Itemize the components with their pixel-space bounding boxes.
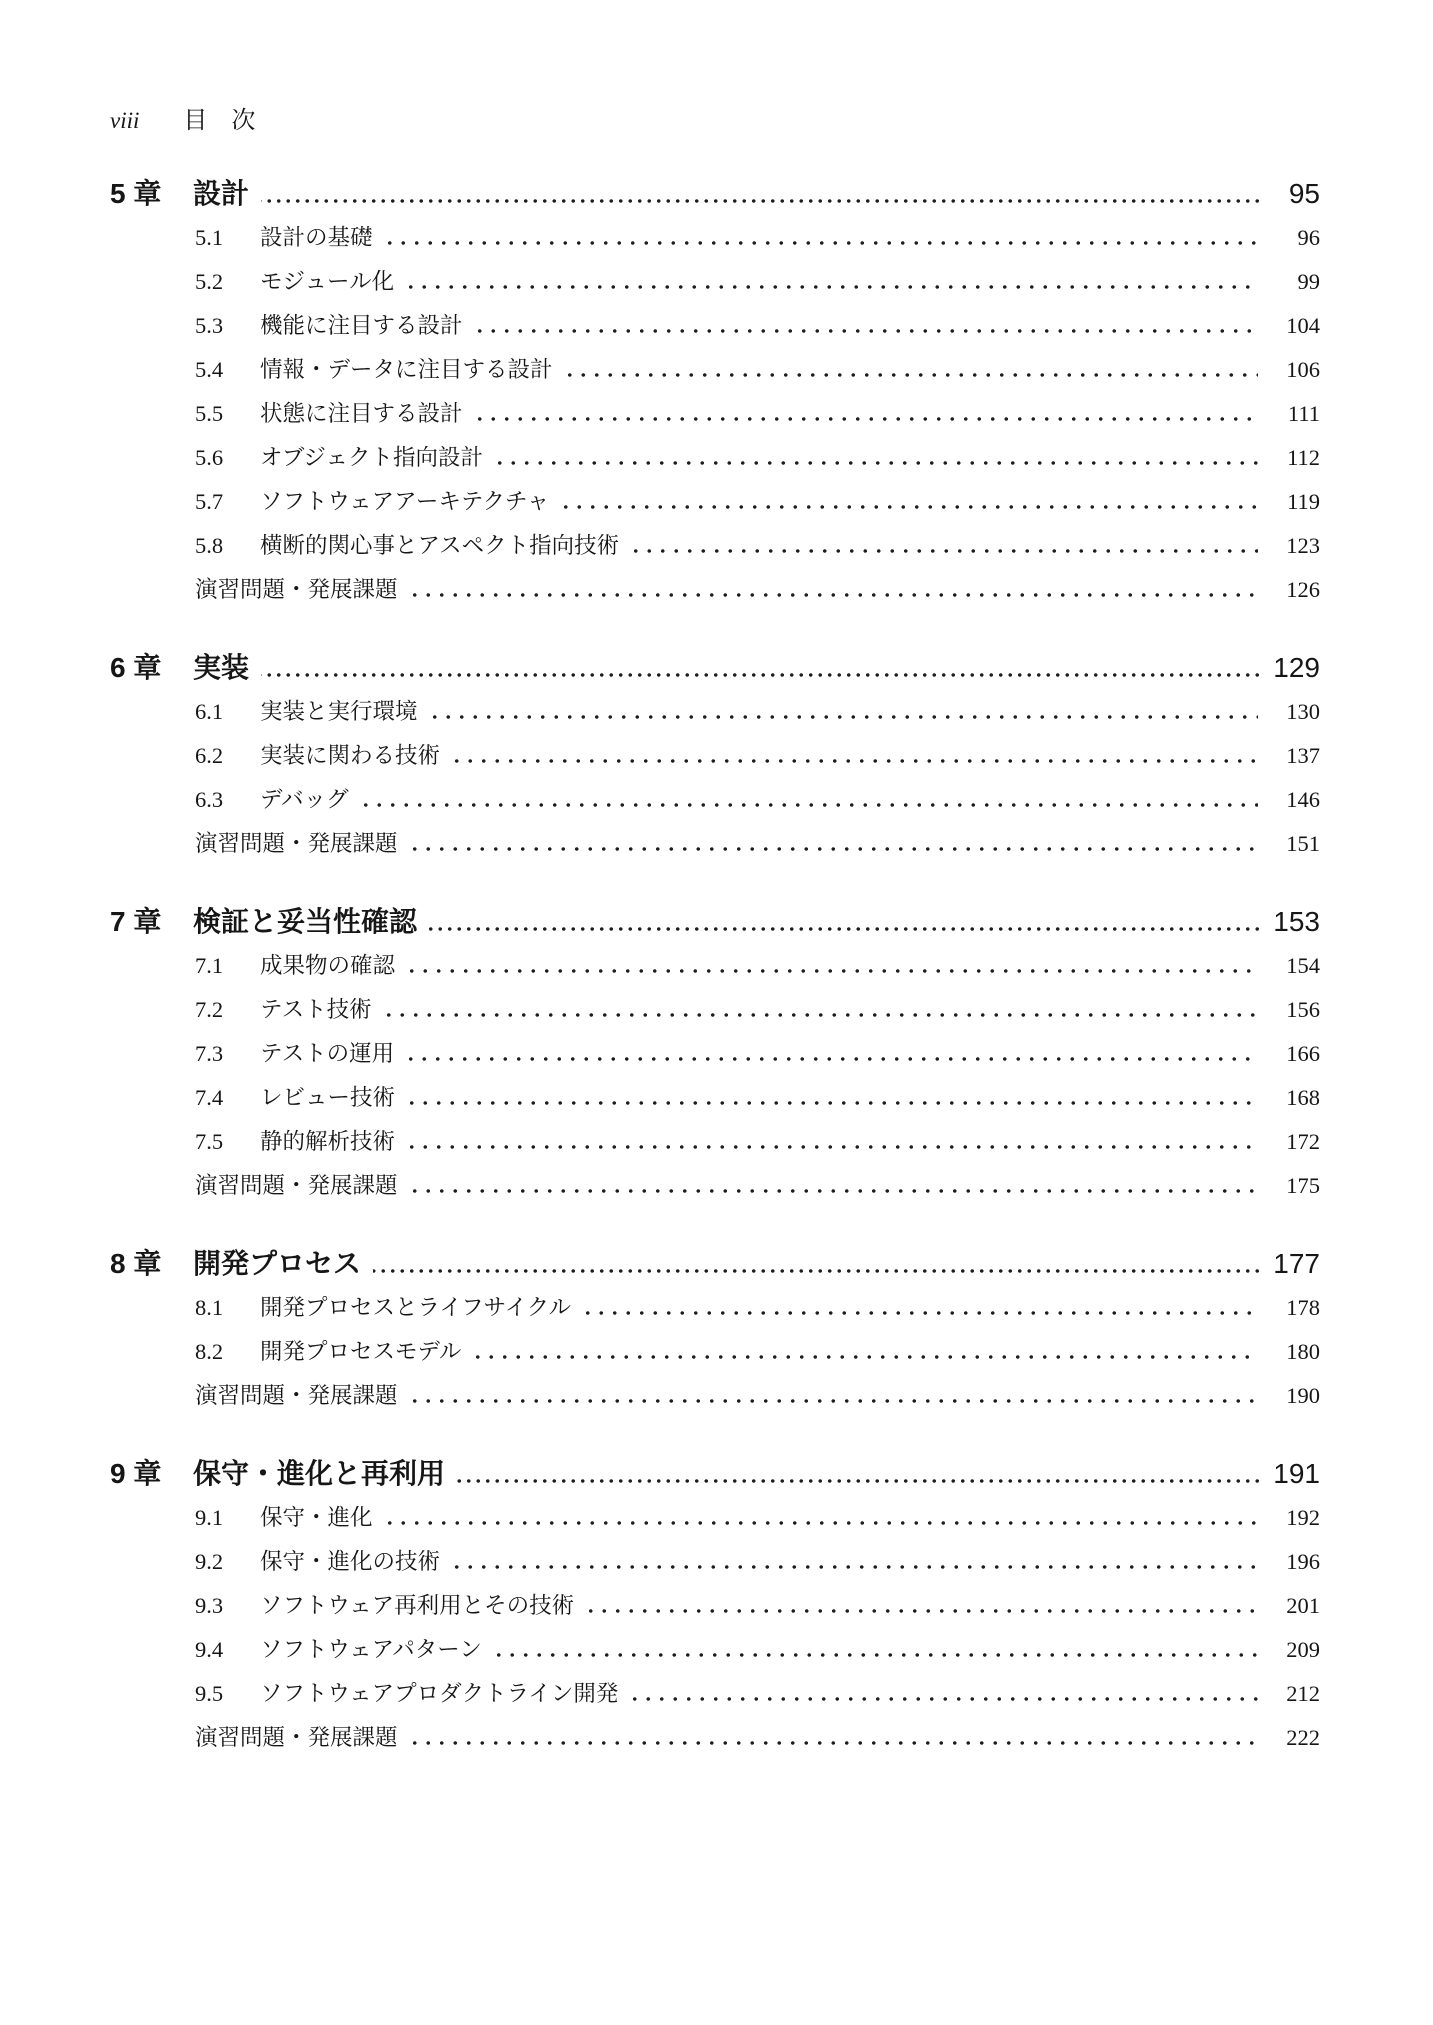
toc-section-row: 6.1実装と実行環境130 [110,690,1320,734]
dot-leader [559,505,1258,509]
section-title: デバッグ [260,778,349,822]
toc-section-row: 9.1保守・進化192 [110,1496,1320,1540]
dot-leader [493,461,1258,465]
section-number: 5.2 [195,260,260,304]
dot-leader [405,969,1258,973]
dot-leader [408,593,1258,597]
chapter-block: 7 章検証と妥当性確認1537.1成果物の確認1547.2テスト技術1567.3… [110,900,1320,1208]
toc-chapter-row: 7 章検証と妥当性確認153 [110,900,1320,944]
section-title: ソフトウェア再利用とその技術 [260,1584,574,1628]
toc-section-row: 7.2テスト技術156 [110,988,1320,1032]
section-number: 5.3 [195,304,260,348]
section-number: 9.2 [195,1540,260,1584]
section-page-number: 180 [1268,1330,1320,1374]
toc-section-row: 5.1設計の基礎96 [110,216,1320,260]
section-number: 8.1 [195,1286,260,1330]
section-title: 保守・進化 [260,1496,373,1540]
section-page-number: 126 [1268,568,1320,612]
chapter-page-number: 191 [1268,1452,1320,1496]
section-number: 9.5 [195,1672,260,1716]
section-number: 9.4 [195,1628,260,1672]
section-title: 開発プロセスモデル [260,1330,461,1374]
section-title: 演習問題・発展課題 [195,568,398,612]
section-page-number: 190 [1268,1374,1320,1418]
toc-section-row: 9.5ソフトウェアプロダクトライン開発212 [110,1672,1320,1716]
toc-section-row: 7.5静的解析技術172 [110,1120,1320,1164]
chapter-title: 検証と妥当性確認 [193,900,417,944]
section-page-number: 119 [1268,480,1320,524]
dot-leader [473,417,1258,421]
chapter-block: 9 章保守・進化と再利用1919.1保守・進化1929.2保守・進化の技術196… [110,1452,1320,1760]
dot-leader [408,847,1258,851]
toc-list: 5 章設計955.1設計の基礎965.2モジュール化995.3機能に注目する設計… [110,172,1320,1760]
section-title: ソフトウェアアーキテクチャ [260,480,549,524]
dot-leader [428,715,1258,719]
section-page-number: 106 [1268,348,1320,392]
section-title: ソフトウェアプロダクトライン開発 [260,1672,618,1716]
dot-leader [450,1565,1258,1569]
toc-section-row: 6.2実装に関わる技術137 [110,734,1320,778]
toc-section-row: 9.4ソフトウェアパターン209 [110,1628,1320,1672]
chapter-number: 9 章 [110,1452,193,1496]
section-page-number: 151 [1268,822,1320,866]
section-title: 演習問題・発展課題 [195,1374,398,1418]
section-number: 9.3 [195,1584,260,1628]
chapter-page-number: 153 [1268,900,1320,944]
toc-chapter-row: 9 章保守・進化と再利用191 [110,1452,1320,1496]
chapter-block: 5 章設計955.1設計の基礎965.2モジュール化995.3機能に注目する設計… [110,172,1320,612]
chapter-number: 7 章 [110,900,193,944]
section-number: 7.4 [195,1076,260,1120]
section-title: テスト技術 [260,988,372,1032]
section-title: 設計の基礎 [260,216,373,260]
section-page-number: 209 [1268,1628,1320,1672]
chapter-title: 保守・進化と再利用 [193,1452,445,1496]
dot-leader [473,329,1258,333]
section-number: 6.1 [195,690,260,734]
section-title: モジュール化 [260,260,394,304]
section-title: 実装に関わる技術 [260,734,440,778]
dot-leader [261,673,1262,677]
toc-section-row: 7.4レビュー技術168 [110,1076,1320,1120]
section-title: 保守・進化の技術 [260,1540,440,1584]
chapter-page-number: 129 [1268,646,1320,690]
page-header: viii 目 次 [110,106,1320,136]
section-title: オブジェクト指向設計 [260,436,483,480]
chapter-title: 開発プロセス [193,1242,361,1286]
section-title: 情報・データに注目する設計 [260,348,553,392]
section-page-number: 196 [1268,1540,1320,1584]
section-page-number: 166 [1268,1032,1320,1076]
dot-leader [581,1311,1258,1315]
dot-leader [404,1057,1258,1061]
dot-leader [563,373,1258,377]
dot-leader [629,549,1258,553]
section-number: 6.2 [195,734,260,778]
chapter-page-number: 177 [1268,1242,1320,1286]
section-number: 7.3 [195,1032,260,1076]
toc-section-row: 5.6オブジェクト指向設計112 [110,436,1320,480]
book-page: viii 目 次 5 章設計955.1設計の基礎965.2モジュール化995.3… [0,0,1433,2025]
dot-leader [261,199,1262,203]
section-page-number: 168 [1268,1076,1320,1120]
section-number: 5.4 [195,348,260,392]
dot-leader [359,803,1258,807]
section-page-number: 192 [1268,1496,1320,1540]
section-title: 開発プロセスとライフサイクル [260,1286,571,1330]
chapter-number: 8 章 [110,1242,193,1286]
chapter-block: 6 章実装1296.1実装と実行環境1306.2実装に関わる技術1376.3デバ… [110,646,1320,866]
chapter-block: 8 章開発プロセス1778.1開発プロセスとライフサイクル1788.2開発プロセ… [110,1242,1320,1418]
section-page-number: 137 [1268,734,1320,778]
dot-leader [408,1189,1258,1193]
toc-chapter-row: 5 章設計95 [110,172,1320,216]
toc-section-row: 9.2保守・進化の技術196 [110,1540,1320,1584]
folio-page-number: viii [110,106,139,136]
toc-exercise-row: 演習問題・発展課題222 [110,1716,1320,1760]
section-title: 機能に注目する設計 [260,304,463,348]
dot-leader [492,1653,1258,1657]
section-title: 静的解析技術 [260,1120,395,1164]
dot-leader [382,1013,1258,1017]
section-page-number: 96 [1268,216,1320,260]
dot-leader [584,1609,1258,1613]
section-page-number: 178 [1268,1286,1320,1330]
dot-leader [383,241,1258,245]
section-number: 5.7 [195,480,260,524]
section-page-number: 130 [1268,690,1320,734]
section-page-number: 146 [1268,778,1320,822]
section-number: 7.5 [195,1120,260,1164]
section-number: 5.8 [195,524,260,568]
section-page-number: 112 [1268,436,1320,480]
toc-section-row: 9.3ソフトウェア再利用とその技術201 [110,1584,1320,1628]
section-title: 横断的関心事とアスペクト指向技術 [260,524,619,568]
dot-leader [405,1145,1258,1149]
chapter-title: 実装 [193,646,249,690]
toc-exercise-row: 演習問題・発展課題190 [110,1374,1320,1418]
section-number: 5.5 [195,392,260,436]
toc-section-row: 5.2モジュール化99 [110,260,1320,304]
dot-leader [373,1269,1262,1273]
section-number: 7.2 [195,988,260,1032]
section-title: テストの運用 [260,1032,394,1076]
dot-leader [408,1741,1258,1745]
dot-leader [628,1697,1258,1701]
section-page-number: 154 [1268,944,1320,988]
running-head-title: 目 次 [183,106,255,136]
toc-section-row: 8.1開発プロセスとライフサイクル178 [110,1286,1320,1330]
toc-section-row: 6.3デバッグ146 [110,778,1320,822]
toc-exercise-row: 演習問題・発展課題175 [110,1164,1320,1208]
section-number: 5.1 [195,216,260,260]
chapter-title: 設計 [193,172,249,216]
toc-exercise-row: 演習問題・発展課題151 [110,822,1320,866]
chapter-page-number: 95 [1268,172,1320,216]
section-page-number: 104 [1268,304,1320,348]
toc-section-row: 7.1成果物の確認154 [110,944,1320,988]
section-title: レビュー技術 [260,1076,395,1120]
toc-exercise-row: 演習問題・発展課題126 [110,568,1320,612]
toc-section-row: 8.2開発プロセスモデル180 [110,1330,1320,1374]
chapter-number: 6 章 [110,646,193,690]
section-number: 8.2 [195,1330,260,1374]
dot-leader [404,285,1258,289]
section-title: 演習問題・発展課題 [195,1716,398,1760]
chapter-number: 5 章 [110,172,193,216]
section-title: 状態に注目する設計 [260,392,463,436]
dot-leader [408,1399,1258,1403]
section-page-number: 222 [1268,1716,1320,1760]
dot-leader [471,1355,1258,1359]
section-page-number: 201 [1268,1584,1320,1628]
toc-section-row: 5.4情報・データに注目する設計106 [110,348,1320,392]
section-title: 実装と実行環境 [260,690,418,734]
dot-leader [405,1101,1258,1105]
section-number: 6.3 [195,778,260,822]
dot-leader [450,759,1258,763]
section-page-number: 123 [1268,524,1320,568]
section-number: 5.6 [195,436,260,480]
toc-chapter-row: 6 章実装129 [110,646,1320,690]
toc-section-row: 5.7ソフトウェアアーキテクチャ119 [110,480,1320,524]
dot-leader [383,1521,1258,1525]
section-page-number: 175 [1268,1164,1320,1208]
section-page-number: 99 [1268,260,1320,304]
section-title: 成果物の確認 [260,944,395,988]
section-title: ソフトウェアパターン [260,1628,482,1672]
section-title: 演習問題・発展課題 [195,822,398,866]
dot-leader [429,927,1262,931]
toc-section-row: 7.3テストの運用166 [110,1032,1320,1076]
toc-section-row: 5.5状態に注目する設計111 [110,392,1320,436]
section-page-number: 111 [1268,392,1320,436]
section-number: 7.1 [195,944,260,988]
section-page-number: 172 [1268,1120,1320,1164]
toc-section-row: 5.8横断的関心事とアスペクト指向技術123 [110,524,1320,568]
section-number: 9.1 [195,1496,260,1540]
toc-section-row: 5.3機能に注目する設計104 [110,304,1320,348]
section-page-number: 212 [1268,1672,1320,1716]
section-title: 演習問題・発展課題 [195,1164,398,1208]
toc-chapter-row: 8 章開発プロセス177 [110,1242,1320,1286]
section-page-number: 156 [1268,988,1320,1032]
dot-leader [457,1479,1262,1483]
